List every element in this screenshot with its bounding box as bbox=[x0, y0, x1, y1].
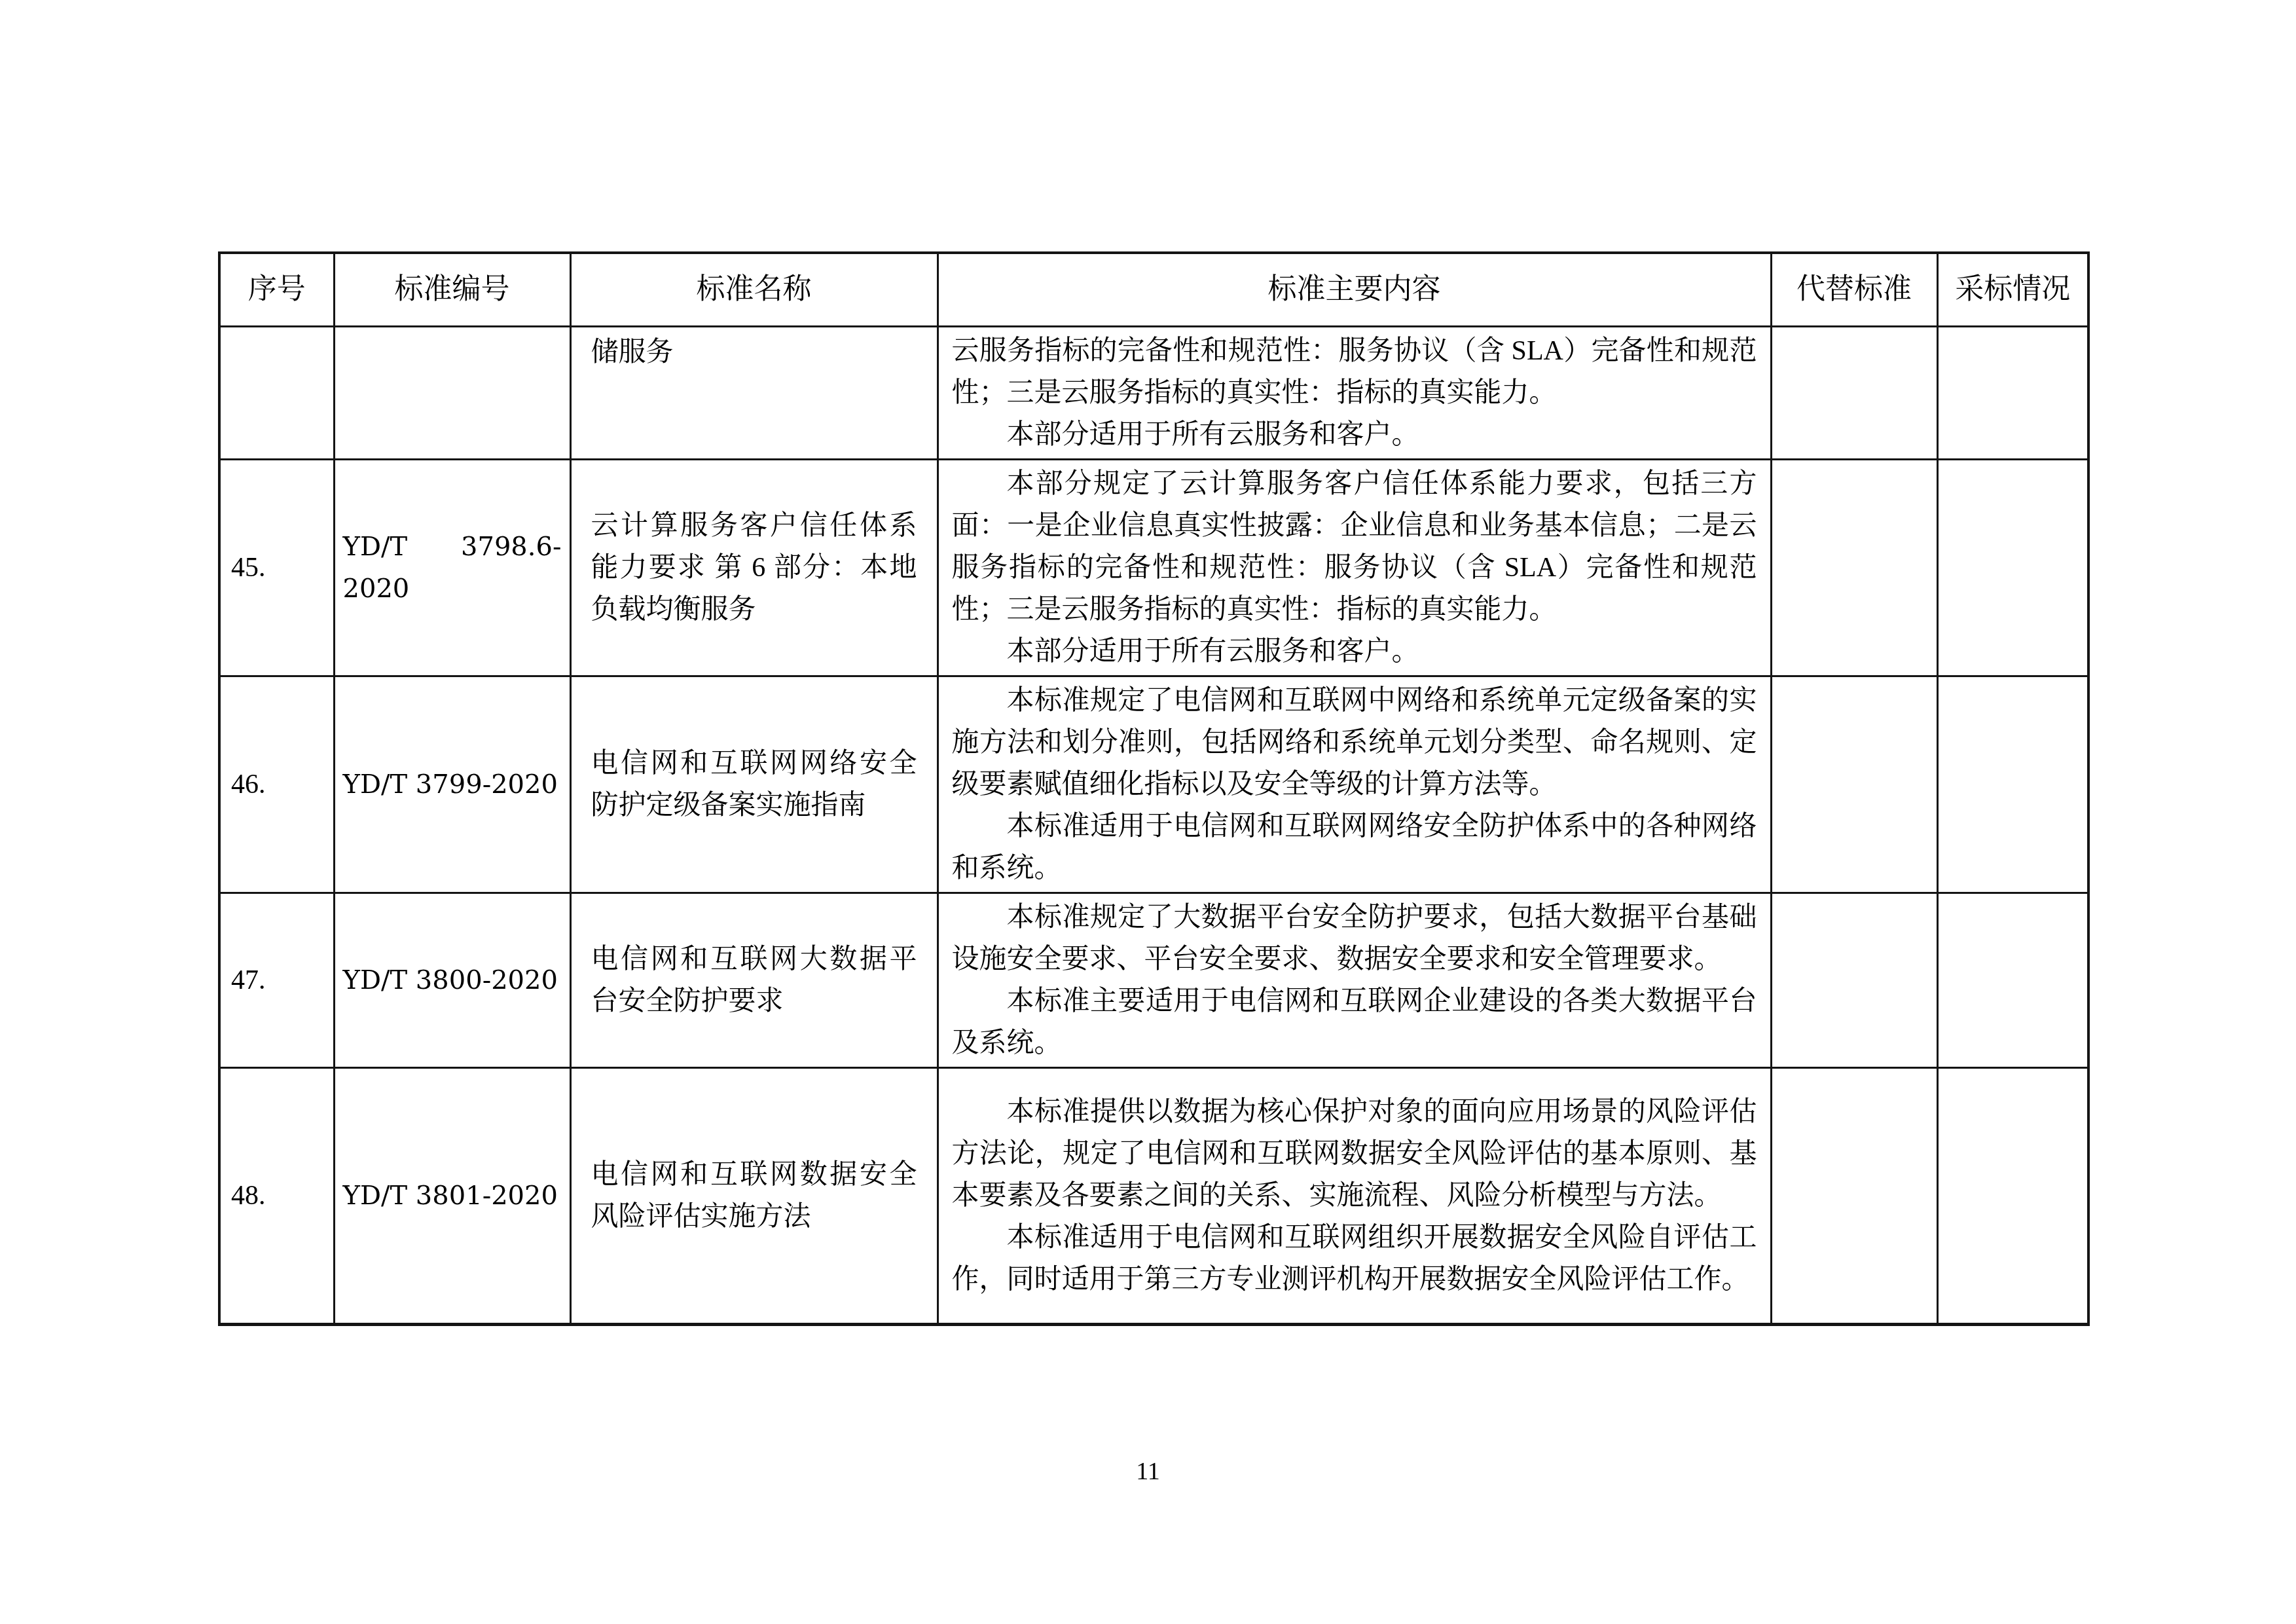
content-cell: 本部分规定了云计算服务客户信任体系能力要求，包括三方面：一是企业信息真实性披露：… bbox=[938, 459, 1771, 676]
standards-table: 序号 标准编号 标准名称 标准主要内容 代替标准 采标情况 储服务 云服务指标的… bbox=[218, 251, 2090, 1326]
code-cell: YD/T 3799-2020 bbox=[334, 676, 570, 893]
header-code: 标准编号 bbox=[334, 253, 570, 326]
code-cell: YD/T 3800-2020 bbox=[334, 893, 570, 1067]
content-paragraph: 本标准规定了大数据平台安全防护要求，包括大数据平台基础设施安全要求、平台安全要求… bbox=[952, 896, 1757, 980]
adoption-cell bbox=[1937, 326, 2088, 459]
replaced-cell bbox=[1771, 326, 1937, 459]
replaced-cell bbox=[1771, 676, 1937, 893]
seq-cell: 48. bbox=[219, 1067, 334, 1324]
header-seq: 序号 bbox=[219, 253, 334, 326]
content-cell: 本标准提供以数据为核心保护对象的面向应用场景的风险评估方法论，规定了电信网和互联… bbox=[938, 1067, 1771, 1324]
seq-cell: 46. bbox=[219, 676, 334, 893]
content-cell: 云服务指标的完备性和规范性：服务协议（含 SLA）完备性和规范性；三是云服务指标… bbox=[938, 326, 1771, 459]
header-name: 标准名称 bbox=[570, 253, 938, 326]
code-cell: YD/T 3801-2020 bbox=[334, 1067, 570, 1324]
content-cell: 本标准规定了大数据平台安全防护要求，包括大数据平台基础设施安全要求、平台安全要求… bbox=[938, 893, 1771, 1067]
table-row-46: 46. YD/T 3799-2020 电信网和互联网网络安全防护定级备案实施指南… bbox=[219, 676, 2088, 893]
content-paragraph: 本部分规定了云计算服务客户信任体系能力要求，包括三方面：一是企业信息真实性披露：… bbox=[952, 463, 1757, 631]
replaced-cell bbox=[1771, 459, 1937, 676]
table-row-45: 45. YD/T 3798.6-2020 云计算服务客户信任体系能力要求 第 6… bbox=[219, 459, 2088, 676]
seq-cell: 45. bbox=[219, 459, 334, 676]
content-paragraph: 本标准提供以数据为核心保护对象的面向应用场景的风险评估方法论，规定了电信网和互联… bbox=[952, 1091, 1757, 1217]
content-paragraph: 本部分适用于所有云服务和客户。 bbox=[952, 631, 1757, 673]
content-cell: 本标准规定了电信网和互联网中网络和系统单元定级备案的实施方法和划分准则，包括网络… bbox=[938, 676, 1771, 893]
adoption-cell bbox=[1937, 676, 2088, 893]
seq-cell: 47. bbox=[219, 893, 334, 1067]
adoption-cell bbox=[1937, 1067, 2088, 1324]
content-paragraph: 本部分适用于所有云服务和客户。 bbox=[952, 414, 1757, 456]
name-cell: 储服务 bbox=[570, 326, 938, 459]
content-paragraph: 本标准适用于电信网和互联网网络安全防护体系中的各种网络和系统。 bbox=[952, 805, 1757, 889]
name-cell: 电信网和互联网数据安全风险评估实施方法 bbox=[570, 1067, 938, 1324]
content-paragraph: 本标准主要适用于电信网和互联网企业建设的各类大数据平台及系统。 bbox=[952, 980, 1757, 1064]
seq-cell bbox=[219, 326, 334, 459]
header-replaced: 代替标准 bbox=[1771, 253, 1937, 326]
content-paragraph: 本标准规定了电信网和互联网中网络和系统单元定级备案的实施方法和划分准则，包括网络… bbox=[952, 680, 1757, 805]
code-cell bbox=[334, 326, 570, 459]
name-cell: 云计算服务客户信任体系能力要求 第 6 部分：本地负载均衡服务 bbox=[570, 459, 938, 676]
page-number: 11 bbox=[0, 1457, 2296, 1486]
header-content: 标准主要内容 bbox=[938, 253, 1771, 326]
header-adoption: 采标情况 bbox=[1937, 253, 2088, 326]
name-cell: 电信网和互联网网络安全防护定级备案实施指南 bbox=[570, 676, 938, 893]
content-paragraph: 本标准适用于电信网和互联网组织开展数据安全风险自评估工作，同时适用于第三方专业测… bbox=[952, 1217, 1757, 1301]
replaced-cell bbox=[1771, 893, 1937, 1067]
table-row-48: 48. YD/T 3801-2020 电信网和互联网数据安全风险评估实施方法 本… bbox=[219, 1067, 2088, 1324]
table-header-row: 序号 标准编号 标准名称 标准主要内容 代替标准 采标情况 bbox=[219, 253, 2088, 326]
document-page: 序号 标准编号 标准名称 标准主要内容 代替标准 采标情况 储服务 云服务指标的… bbox=[0, 0, 2296, 1624]
name-cell: 电信网和互联网大数据平台安全防护要求 bbox=[570, 893, 938, 1067]
content-paragraph: 云服务指标的完备性和规范性：服务协议（含 SLA）完备性和规范性；三是云服务指标… bbox=[952, 330, 1757, 414]
table-row-continuation: 储服务 云服务指标的完备性和规范性：服务协议（含 SLA）完备性和规范性；三是云… bbox=[219, 326, 2088, 459]
code-cell: YD/T 3798.6-2020 bbox=[334, 459, 570, 676]
table-row-47: 47. YD/T 3800-2020 电信网和互联网大数据平台安全防护要求 本标… bbox=[219, 893, 2088, 1067]
adoption-cell bbox=[1937, 893, 2088, 1067]
adoption-cell bbox=[1937, 459, 2088, 676]
replaced-cell bbox=[1771, 1067, 1937, 1324]
